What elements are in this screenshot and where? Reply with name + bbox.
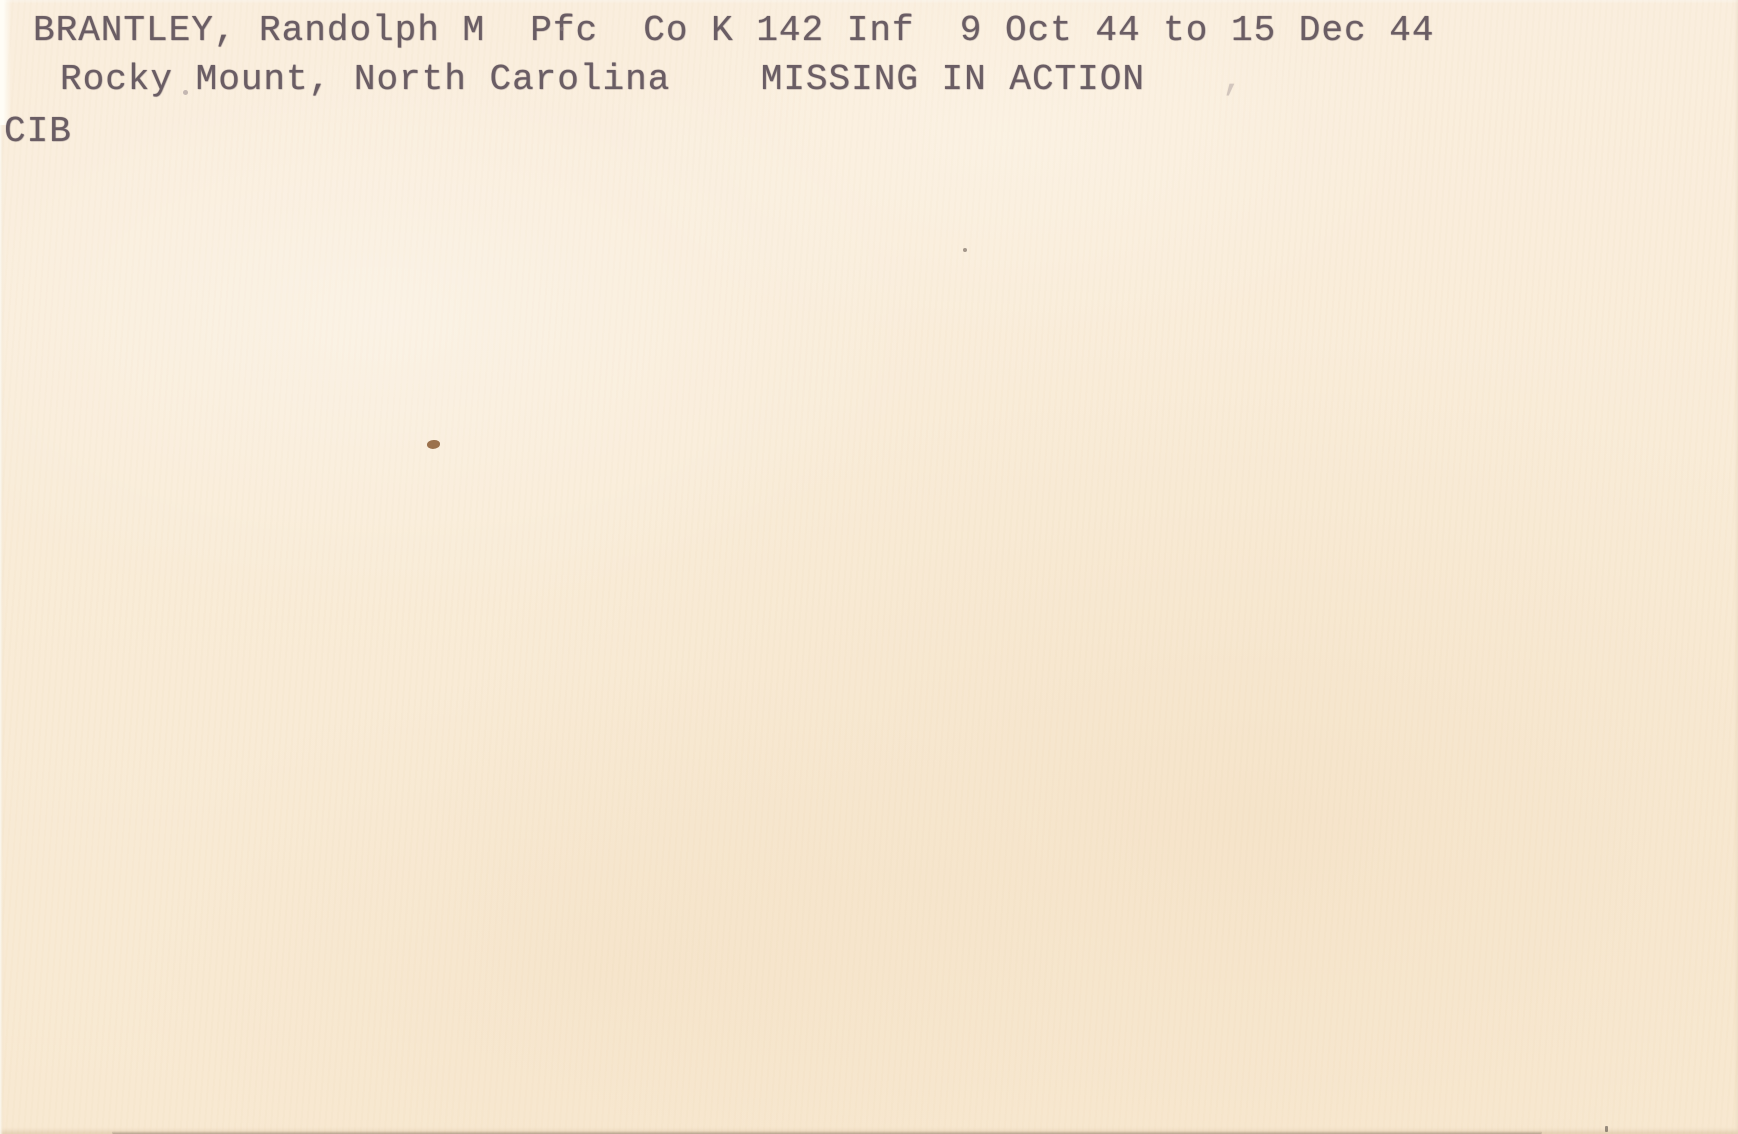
faint-ink-dot [560, 27, 564, 31]
scan-edge-left [0, 0, 3, 1134]
brown-speck [427, 440, 440, 449]
pin-dot [963, 248, 967, 252]
bottom-edge-tick [1605, 1126, 1608, 1132]
typed-line-award: CIB [4, 114, 72, 150]
index-card: BRANTLEY, Randolph M Pfc Co K 142 Inf 9 … [0, 0, 1738, 1134]
typed-line-service-record: BRANTLEY, Randolph M Pfc Co K 142 Inf 9 … [33, 13, 1434, 49]
typed-line-hometown-status: Rocky Mount, North Carolina MISSING IN A… [60, 62, 1145, 98]
faint-stray-comma: , [1222, 62, 1244, 98]
faint-period-mark [183, 90, 188, 95]
